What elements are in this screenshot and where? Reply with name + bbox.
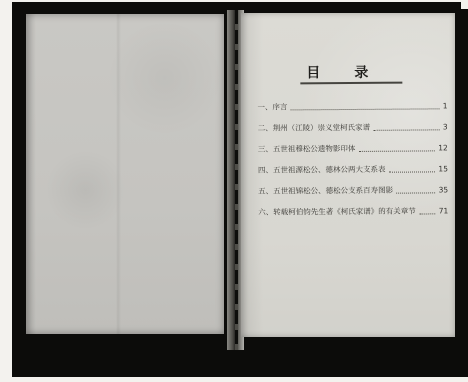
scan-corner-notch	[461, 0, 468, 9]
toc-entry-label: 一、序言	[257, 101, 287, 112]
toc-page-number: 12	[438, 142, 448, 153]
toc-page-number: 3	[443, 121, 448, 132]
toc-dot-leader	[373, 129, 440, 130]
toc-page-number: 1	[443, 100, 448, 111]
toc-entry-label: 五、五世祖锦松公、德松公支系百寿图影	[258, 185, 393, 197]
toc-entry: 三、五世祖穆松公遗物影印体 12	[258, 140, 448, 154]
toc-entry-label: 四、五世祖源松公、德林公两大支系表	[258, 164, 386, 176]
toc-dot-leader	[291, 108, 440, 110]
toc-page-number: 71	[439, 205, 449, 216]
book-scan: 目 录 一、序言 1 二、荆州（江陵）崇义堂柯氏家谱 3 三、五世祖穆松公遗物影…	[0, 0, 468, 382]
toc-title-underline	[300, 82, 402, 85]
toc-page-number: 15	[438, 163, 448, 174]
toc-dot-leader	[358, 150, 435, 152]
spine-stitching	[235, 10, 238, 350]
toc-entry: 四、五世祖源松公、德林公两大支系表 15	[258, 161, 448, 175]
toc-entry: 二、荆州（江陵）崇义堂柯氏家谱 3	[258, 119, 448, 133]
toc-list: 一、序言 1 二、荆州（江陵）崇义堂柯氏家谱 3 三、五世祖穆松公遗物影印体 1…	[257, 98, 448, 225]
toc-dot-leader	[388, 171, 435, 172]
toc-entry: 一、序言 1	[257, 98, 447, 112]
toc-entry-label: 二、荆州（江陵）崇义堂柯氏家谱	[258, 122, 371, 134]
right-toc-page: 目 录 一、序言 1 二、荆州（江陵）崇义堂柯氏家谱 3 三、五世祖穆松公遗物影…	[241, 13, 455, 337]
toc-title: 目 录	[240, 61, 444, 82]
toc-entry-label: 六、转载柯伯钧先生著《柯氏家谱》的有关章节	[258, 206, 416, 218]
toc-dot-leader	[419, 213, 436, 214]
toc-entry: 六、转载柯伯钧先生著《柯氏家谱》的有关章节 71	[258, 203, 448, 217]
toc-dot-leader	[396, 192, 435, 193]
toc-page-content: 目 录 一、序言 1 二、荆州（江陵）崇义堂柯氏家谱 3 三、五世祖穆松公遗物影…	[240, 12, 456, 337]
toc-entry: 五、五世祖锦松公、德松公支系百寿图影 35	[258, 182, 448, 196]
toc-page-number: 35	[439, 184, 449, 195]
left-blank-page	[26, 14, 224, 334]
toc-entry-label: 三、五世祖穆松公遗物影印体	[258, 143, 356, 155]
